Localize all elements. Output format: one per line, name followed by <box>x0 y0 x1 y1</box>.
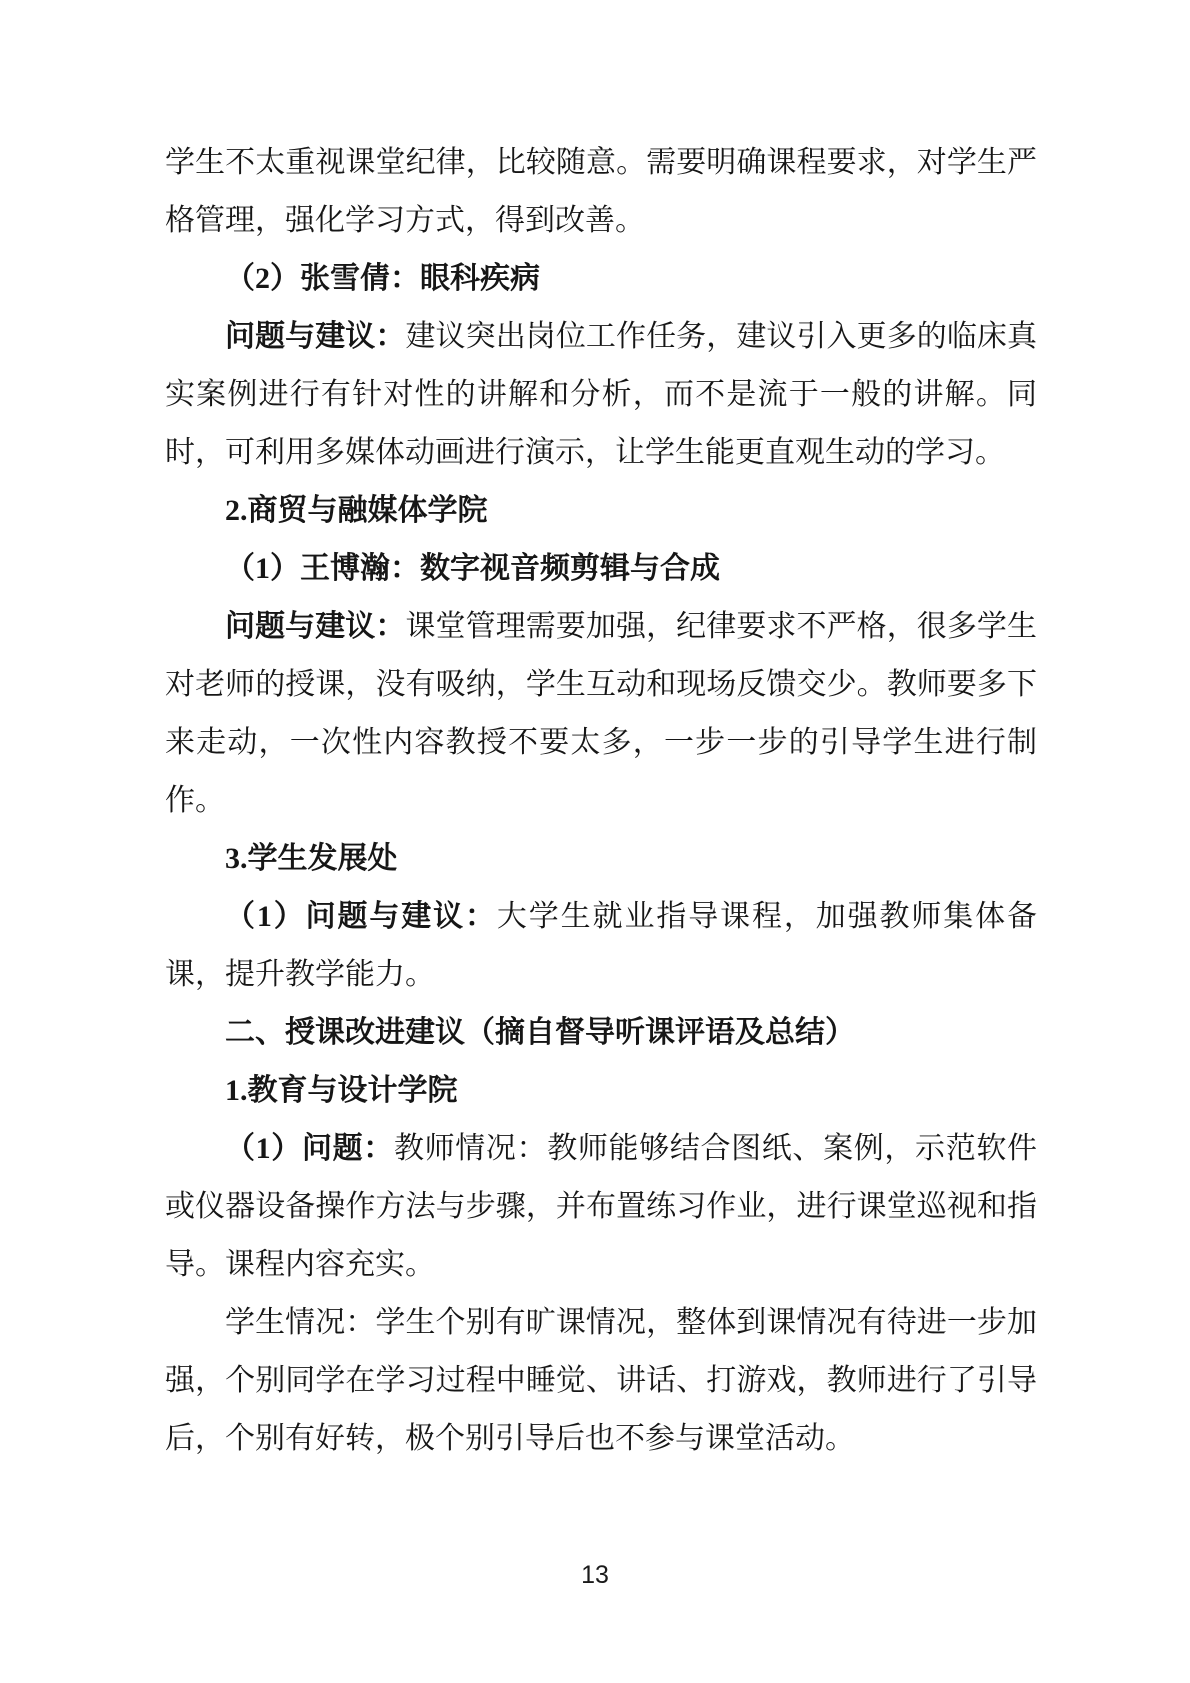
heading-text: 1.教育与设计学院 <box>225 1074 458 1107</box>
paragraph-lead: 问题与建议： <box>225 320 405 353</box>
heading-text: （1）王博瀚：数字视音频剪辑与合成 <box>225 552 720 585</box>
heading-text: （2）张雪倩：眼科疾病 <box>225 262 540 295</box>
page-number: 13 <box>0 1560 1190 1590</box>
paragraph-lead: （1）问题与建议： <box>225 900 497 933</box>
heading-text: 二、授课改进建议（摘自督导听课评语及总结） <box>225 1016 855 1049</box>
heading-zhang-xueqian-course: （2）张雪倩：眼科疾病 <box>165 250 1037 308</box>
paragraph-suggestion-wang: 问题与建议：课堂管理需要加强，纪律要求不严格，很多学生对老师的授课，没有吸纳，学… <box>165 598 1037 830</box>
paragraph-text: 学生不太重视课堂纪律，比较随意。需要明确课程要求，对学生严格管理，强化学习方式，… <box>165 146 1037 237</box>
heading-college-media: 2.商贸与融媒体学院 <box>165 482 1037 540</box>
heading-college-education-design: 1.教育与设计学院 <box>165 1062 1037 1120</box>
paragraph-continuation-discipline: 学生不太重视课堂纪律，比较随意。需要明确课程要求，对学生严格管理，强化学习方式，… <box>165 134 1037 250</box>
heading-student-development: 3.学生发展处 <box>165 830 1037 888</box>
heading-text: 3.学生发展处 <box>225 842 398 875</box>
paragraph-suggestion-employment: （1）问题与建议：大学生就业指导课程，加强教师集体备课，提升教学能力。 <box>165 888 1037 1004</box>
paragraph-teacher-situation: （1）问题：教师情况：教师能够结合图纸、案例，示范软件或仪器设备操作方法与步骤，… <box>165 1120 1037 1294</box>
paragraph-text: 学生情况：学生个别有旷课情况，整体到课情况有待进一步加强，个别同学在学习过程中睡… <box>165 1306 1037 1455</box>
paragraph-suggestion-zhang: 问题与建议：建议突出岗位工作任务，建议引入更多的临床真实案例进行有针对性的讲解和… <box>165 308 1037 482</box>
paragraph-lead: （1）问题： <box>225 1132 394 1165</box>
paragraph-student-situation: 学生情况：学生个别有旷课情况，整体到课情况有待进一步加强，个别同学在学习过程中睡… <box>165 1294 1037 1468</box>
heading-section-two: 二、授课改进建议（摘自督导听课评语及总结） <box>165 1004 1037 1062</box>
paragraph-lead: 问题与建议： <box>225 610 405 643</box>
heading-text: 2.商贸与融媒体学院 <box>225 494 488 527</box>
heading-wang-bohan-course: （1）王博瀚：数字视音频剪辑与合成 <box>165 540 1037 598</box>
document-page: 学生不太重视课堂纪律，比较随意。需要明确课程要求，对学生严格管理，强化学习方式，… <box>0 0 1190 1683</box>
